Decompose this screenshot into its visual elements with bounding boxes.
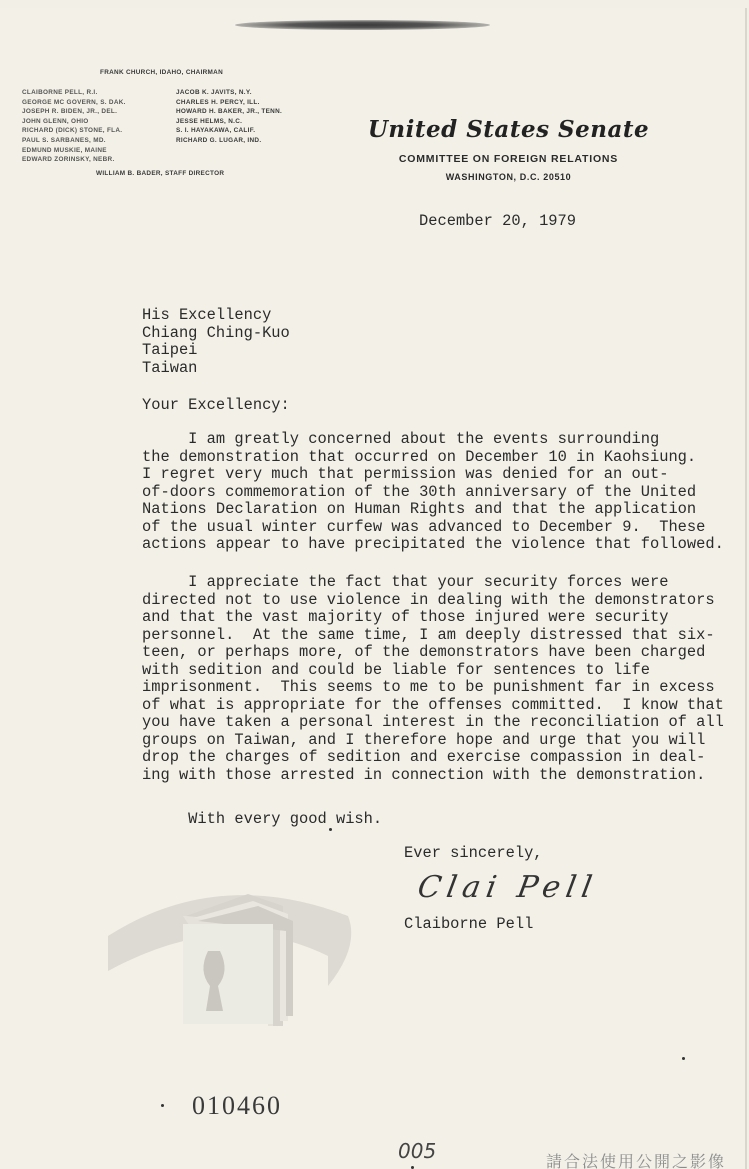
good-wish-line: With every good wish.: [142, 811, 382, 829]
member-name: CHARLES H. PERCY, ILL.: [176, 98, 282, 108]
member-name: JOSEPH R. BIDEN, JR., DEL.: [22, 107, 126, 117]
recipient-address: His Excellency Chiang Ching-Kuo Taipei T…: [142, 307, 290, 377]
speck: [682, 1057, 685, 1060]
member-name: S. I. HAYAKAWA, CALIF.: [176, 126, 282, 136]
member-name: CLAIBORNE PELL, R.I.: [22, 88, 126, 98]
archive-logo-icon: [98, 876, 360, 1032]
member-name: GEORGE MC GOVERN, S. DAK.: [22, 98, 126, 108]
members-right-column: JACOB K. JAVITS, N.Y. CHARLES H. PERCY, …: [176, 88, 282, 146]
members-left-column: CLAIBORNE PELL, R.I. GEORGE MC GOVERN, S…: [22, 88, 126, 165]
member-name: EDMUND MUSKIE, MAINE: [22, 146, 126, 156]
body-paragraph-1: I am greatly concerned about the events …: [142, 431, 724, 554]
member-name: HOWARD H. BAKER, JR., TENN.: [176, 107, 282, 117]
committee-chairman: FRANK CHURCH, IDAHO, CHAIRMAN: [100, 69, 223, 76]
member-name: JACOB K. JAVITS, N.Y.: [176, 88, 282, 98]
member-name: JESSE HELMS, N.C.: [176, 117, 282, 127]
committee-name: COMMITTEE ON FOREIGN RELATIONS: [366, 153, 651, 165]
member-name: PAUL S. SARBANES, MD.: [22, 136, 126, 146]
salutation: Your Excellency:: [142, 397, 290, 415]
letter-page: FRANK CHURCH, IDAHO, CHAIRMAN CLAIBORNE …: [0, 8, 747, 1169]
member-name: JOHN GLENN, OHIO: [22, 117, 126, 127]
senate-title: United States Senate: [366, 116, 651, 143]
letter-date: December 20, 1979: [419, 213, 576, 231]
committee-address: WASHINGTON, D.C. 20510: [366, 172, 651, 182]
handwritten-page-number: 005: [398, 1139, 436, 1163]
signer-name: Claiborne Pell: [404, 916, 533, 934]
speck: [161, 1104, 164, 1107]
archive-document-number: 010460: [192, 1091, 282, 1121]
member-name: RICHARD G. LUGAR, IND.: [176, 136, 282, 146]
member-name: EDWARD ZORINSKY, NEBR.: [22, 155, 126, 165]
ink-smudge: [235, 20, 490, 30]
closing: Ever sincerely,: [404, 845, 543, 863]
handwritten-signature: Clai Pell: [415, 870, 601, 905]
usage-watermark: 請合法使用公開之影像: [546, 1149, 726, 1169]
member-name: RICHARD (DICK) STONE, FLA.: [22, 126, 126, 136]
body-paragraph-2: I appreciate the fact that your security…: [142, 574, 724, 784]
staff-director: WILLIAM B. BADER, STAFF DIRECTOR: [96, 170, 224, 177]
speck: [329, 828, 332, 831]
